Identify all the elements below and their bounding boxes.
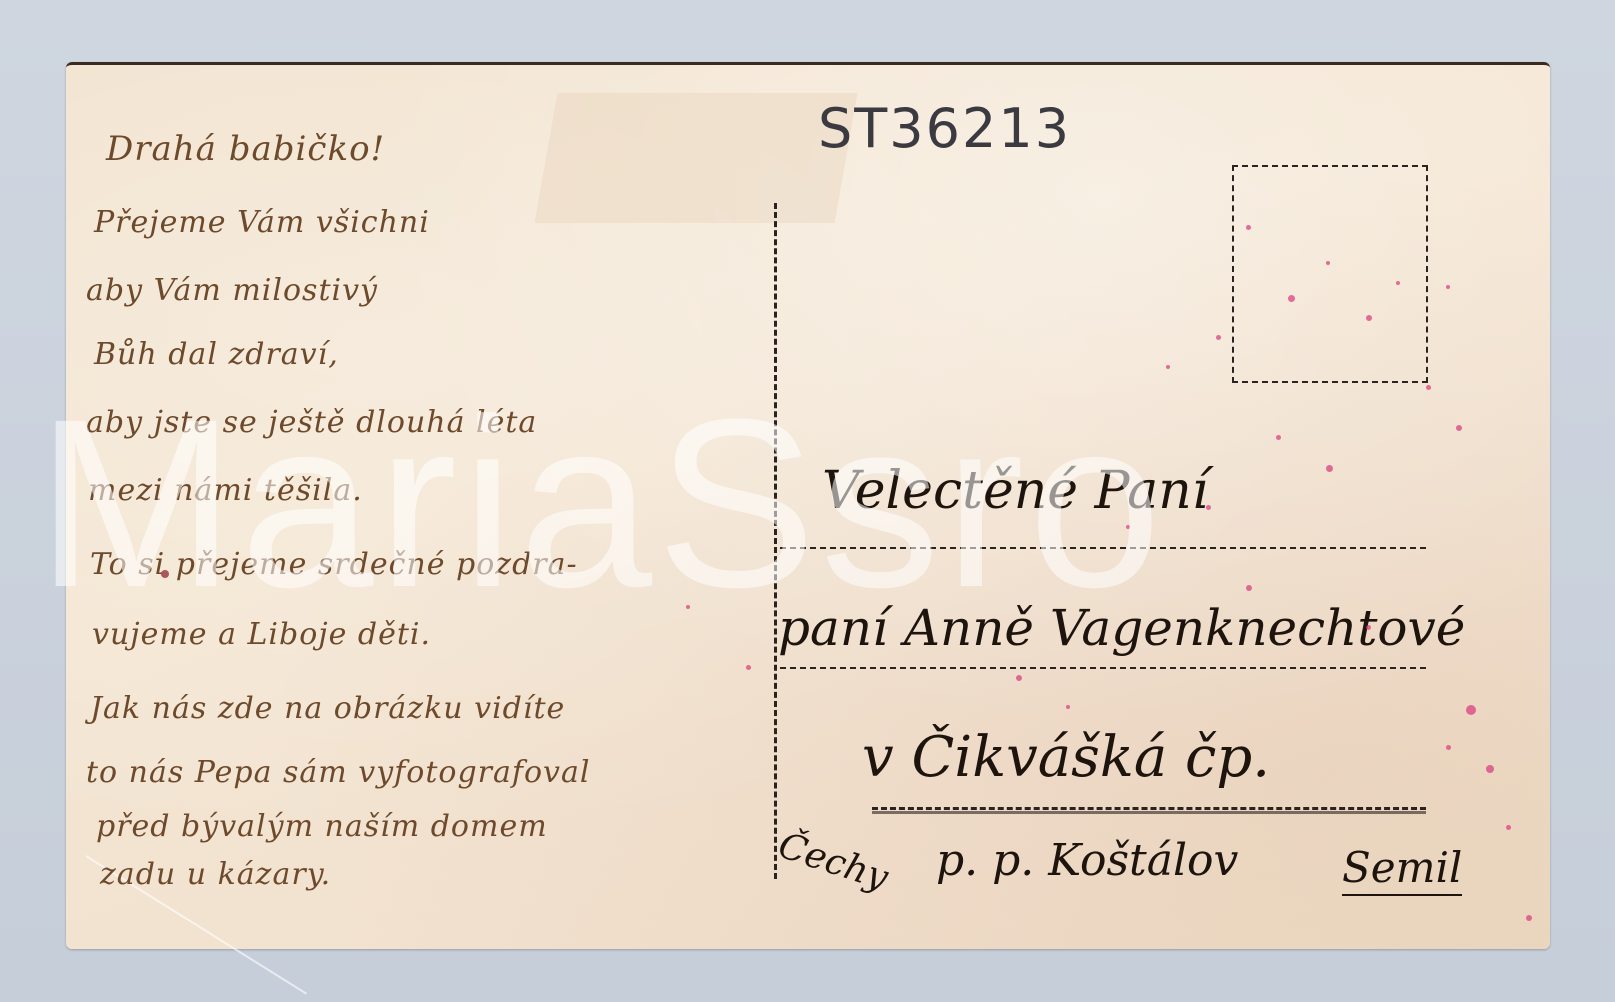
address-recipient: paní Anně Vagenknechtové — [778, 599, 1465, 657]
message-line: aby jste se ještě dlouhá léta — [86, 405, 537, 440]
center-divider — [774, 203, 777, 879]
address-district: Semil — [1342, 843, 1462, 896]
address-post-office: p. p. Koštálov — [936, 835, 1238, 886]
message-line: zadu u kázary. — [100, 857, 331, 892]
message-line: to nás Pepa sám vyfotografoval — [86, 755, 590, 790]
postcard-back: ST36213 Drahá babičko! Přejeme Vám všich… — [66, 62, 1550, 949]
message-line: Bůh dal zdraví, — [94, 337, 339, 372]
stamp-placeholder-box — [1232, 165, 1428, 383]
message-line: Přejeme Vám všichni — [94, 205, 430, 240]
address-country: Čechy — [773, 825, 893, 899]
address-salutation: Velectěné Paní — [822, 461, 1208, 521]
message-line: před bývalým naším domem — [96, 809, 548, 844]
message-greeting: Drahá babičko! — [106, 129, 385, 169]
message-line: Jak nás zde na obrázku vidíte — [90, 691, 565, 726]
message-line: mezi námi těšila. — [88, 473, 363, 508]
inventory-number: ST36213 — [818, 97, 1071, 160]
message-line: vujeme a Liboje děti. — [92, 617, 431, 652]
address-line-3 — [872, 807, 1426, 810]
paper-scuff — [535, 93, 858, 223]
address-line-2 — [780, 667, 1426, 669]
address-line-1 — [780, 547, 1426, 549]
message-line: aby Vám milostivý — [86, 273, 378, 308]
address-place: v Čikvášká čp. — [862, 725, 1270, 790]
